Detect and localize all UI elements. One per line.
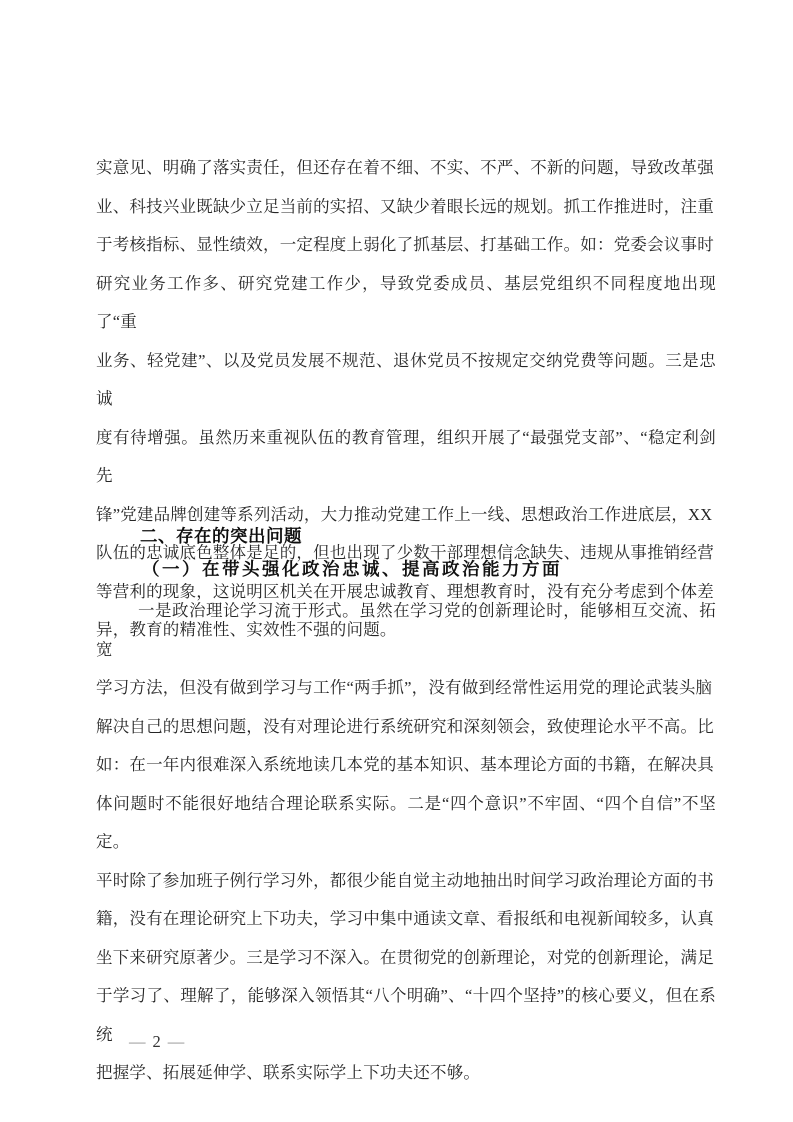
page-number-dash-right: — [168,1032,185,1051]
page-number-value: 2 [153,1032,161,1051]
document-page: 实意见、明确了落实责任，但还存在着不细、不实、不严、不新的问题，导致改革强 业、… [0,0,793,1122]
paragraph-body: 一是政治理论学习流于形式。虽然在学习党的创新理论时，能够相互交流、拓宽 学习方法… [96,592,716,1093]
page-footer: —2— [129,1032,184,1052]
subsection-heading: （一）在带头强化政治忠诚、提高政治能力方面 [96,557,736,581]
page-number-dash-left: — [129,1032,146,1051]
section-heading: 二、存在的突出问题 [96,524,716,548]
